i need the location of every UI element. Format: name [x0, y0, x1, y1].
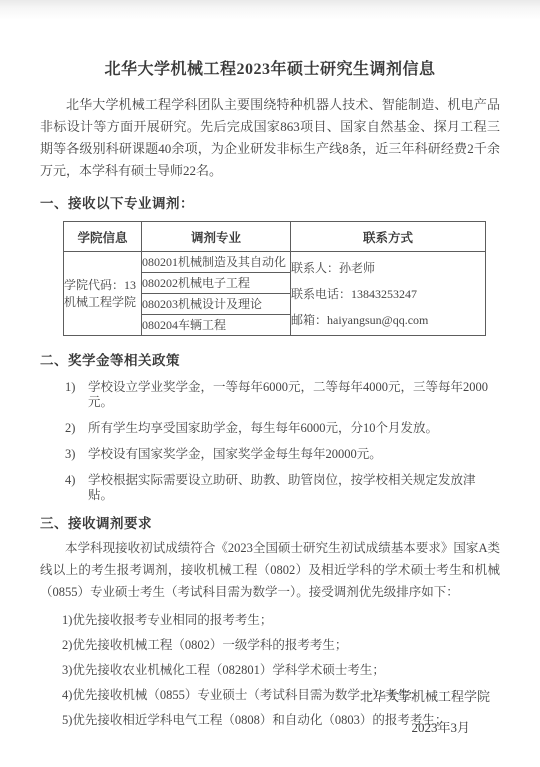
- intro-paragraph: 北华大学机械工程学科团队主要围绕特种机器人技术、智能制造、机电产品非标设计等方面…: [40, 94, 500, 182]
- item-text: 所有学生均享受国家助学金，每生每年6000元，分10个月发放。: [88, 421, 500, 436]
- contact-phone: 联系电话：13843253247: [291, 281, 485, 307]
- list-item: 3) 学校设有国家奖学金，国家奖学金每生每年20000元。: [40, 447, 500, 462]
- item-marker: 4): [65, 473, 88, 503]
- section2-heading: 二、奖学金等相关政策: [40, 349, 500, 369]
- requirements-paragraph: 本学科现接收初试成绩符合《2023全国硕士研究生初试成绩基本要求》国家A类线以上…: [40, 537, 500, 603]
- college-info-cell: 学院代码：13 机械工程学院: [64, 252, 142, 336]
- list-item: 1) 学校设立学业奖学金，一等每年6000元，二等每年4000元，三等每年200…: [40, 380, 500, 410]
- major-cell: 080203机械设计及理论: [142, 294, 291, 315]
- document-page: 北华大学机械工程2023年硕士研究生调剂信息 北华大学机械工程学科团队主要围绕特…: [0, 0, 540, 767]
- major-cell: 080201机械制造及其自动化: [142, 252, 291, 273]
- table-header-row: 学院信息 调剂专业 联系方式: [64, 222, 486, 252]
- scholarship-policy-list: 1) 学校设立学业奖学金，一等每年6000元，二等每年4000元，三等每年200…: [40, 380, 500, 503]
- major-cell: 080204车辆工程: [142, 315, 291, 336]
- signature-org: 北华大学机械工程学院: [360, 686, 500, 705]
- list-item: 3)优先接收农业机械化工程（082801）学科学术硕士考生；: [40, 663, 500, 678]
- item-text: 学校设立学业奖学金，一等每年6000元，二等每年4000元，三等每年2000元。: [88, 380, 500, 410]
- section3-heading: 三、接收调剂要求: [40, 512, 500, 532]
- list-item: 2)优先接收机械工程（0802）一级学科的报考考生；: [40, 638, 500, 653]
- list-item: 2) 所有学生均享受国家助学金，每生每年6000元，分10个月发放。: [40, 421, 500, 436]
- contact-person: 联系人：孙老师: [291, 255, 485, 281]
- major-cell: 080202机械电子工程: [142, 273, 291, 294]
- page-title: 北华大学机械工程2023年硕士研究生调剂信息: [40, 0, 500, 79]
- section1-heading: 一、接收以下专业调剂：: [40, 192, 500, 212]
- item-text: 学校根据实际需要设立助研、助教、助管岗位，按学校相关规定发放津贴。: [88, 473, 500, 503]
- signature-block: 北华大学机械工程学院 2023年3月: [360, 686, 500, 736]
- column-header-major: 调剂专业: [142, 222, 291, 252]
- list-item: 4) 学校根据实际需要设立助研、助教、助管岗位，按学校相关规定发放津贴。: [40, 473, 500, 503]
- item-text: 学校设有国家奖学金，国家奖学金每生每年20000元。: [88, 447, 500, 462]
- item-marker: 2): [65, 421, 88, 436]
- column-header-contact: 联系方式: [291, 222, 486, 252]
- item-marker: 3): [65, 447, 88, 462]
- contact-email: 邮箱：haiyangsun@qq.com: [291, 307, 485, 333]
- signature-date: 2023年3月: [360, 717, 500, 736]
- college-code: 学院代码：13: [64, 277, 141, 294]
- item-marker: 1): [65, 380, 88, 410]
- list-item: 1)优先接收报考专业相同的报考考生；: [40, 613, 500, 628]
- adjustment-table: 学院信息 调剂专业 联系方式 学院代码：13 机械工程学院 080201机械制造…: [63, 221, 486, 336]
- table-row: 学院代码：13 机械工程学院 080201机械制造及其自动化 联系人：孙老师 联…: [64, 252, 486, 273]
- column-header-college: 学院信息: [64, 222, 142, 252]
- contact-info-cell: 联系人：孙老师 联系电话：13843253247 邮箱：haiyangsun@q…: [291, 252, 486, 336]
- college-name: 机械工程学院: [64, 294, 141, 311]
